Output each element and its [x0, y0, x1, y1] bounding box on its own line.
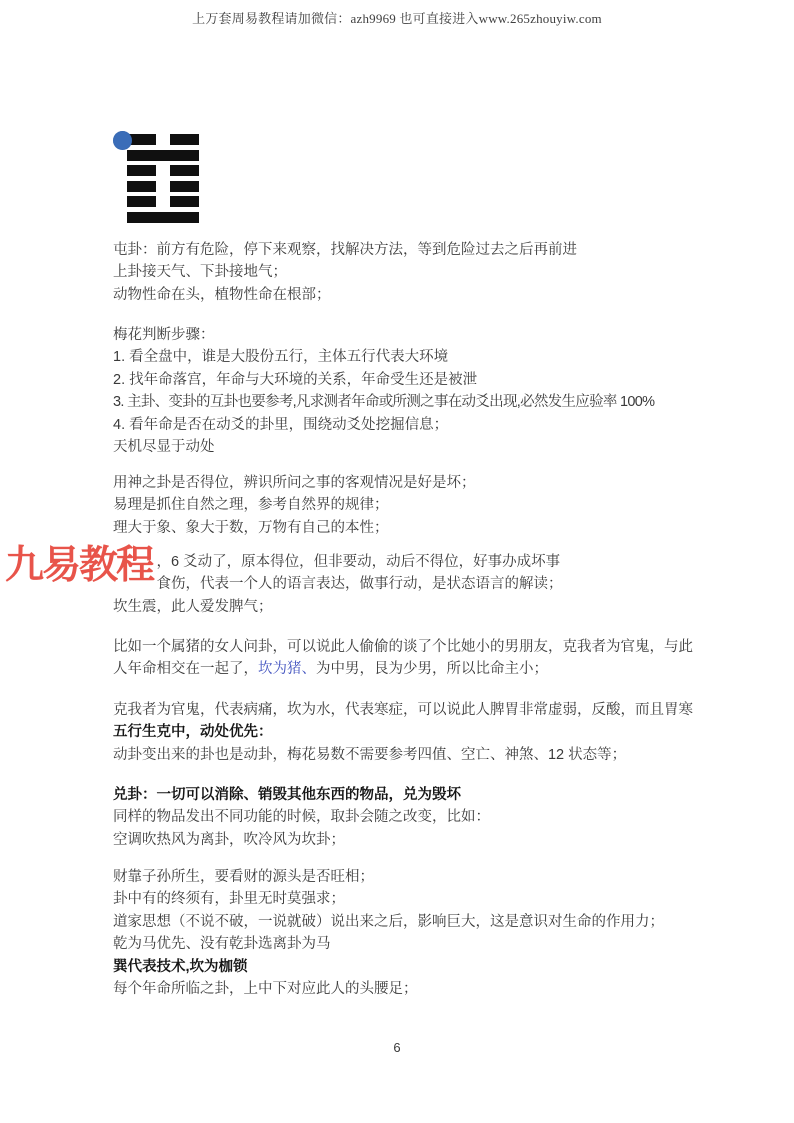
hexagram-yin-segment — [127, 165, 156, 176]
moving-line-marker-dot — [113, 131, 132, 150]
paragraph: 卦例中，6 爻动了，原本得位，但非要动，动后不得位，好事办成坏事子孙为食伤，代表… — [113, 551, 563, 618]
text-line: 克我者为官鬼，代表病痛，坎为水，代表寒症，可以说此人脾胃非常虚弱，反酸，而且胃寒 — [113, 699, 693, 721]
text-line: 理大于象、象大于数，万物有自己的本性； — [113, 517, 476, 539]
text-line: 乾为马优先、没有乾卦选离卦为马 — [113, 933, 664, 955]
hexagram-yin-segment — [127, 196, 156, 207]
text-line: 动卦变出来的卦也是动卦，梅花易数不需要参考四值、空亡、神煞、12 状态等； — [113, 744, 693, 766]
text-segment: 为中男，艮为少男，所以比命主小； — [316, 661, 548, 677]
text-line: 财靠子孙所生，要看财的源头是否旺相； — [113, 866, 664, 888]
text-line: 梅花判断步骤： — [113, 324, 654, 346]
text-line: 道家思想（不说不破，一说就破）说出来之后，影响巨大，这是意识对生命的作用力； — [113, 911, 664, 933]
paragraph: 克我者为官鬼，代表病痛，坎为水，代表寒症，可以说此人脾胃非常虚弱，反酸，而且胃寒… — [113, 699, 693, 766]
text-line: 1. 看全盘中，谁是大股份五行，主体五行代表大环境 — [113, 346, 654, 368]
hexagram-yin-segment — [127, 181, 156, 192]
text-line: 子孙为食伤，代表一个人的语言表达，做事行动，是状态语言的解读； — [113, 573, 563, 595]
text-line: 用神之卦是否得位，辨识所问之事的客观情况是好是坏； — [113, 472, 476, 494]
paragraph: 兑卦：一切可以消除、销毁其他东西的物品，兑为毁坏同样的物品发出不同功能的时候，取… — [113, 784, 490, 851]
hexagram-yin-segment — [170, 134, 199, 145]
paragraph: 用神之卦是否得位，辨识所问之事的客观情况是好是坏；易理是抓住自然之理，参考自然界… — [113, 472, 476, 539]
text-line: 动物性命在头，植物性命在根部； — [113, 284, 577, 306]
text-line: 天机尽显于动处 — [113, 436, 654, 458]
hexagram-yang-line — [127, 150, 199, 161]
hexagram-yin-line — [127, 165, 199, 176]
hexagram-yin-line — [127, 196, 199, 207]
hexagram — [127, 134, 199, 228]
hexagram-yang-line — [127, 212, 199, 223]
paragraph: 梅花判断步骤：1. 看全盘中，谁是大股份五行，主体五行代表大环境2. 找年命落宫… — [113, 324, 654, 458]
bold-text-line: 五行生克中，动处优先： — [113, 721, 693, 743]
text-line: 易理是抓住自然之理，参考自然界的规律； — [113, 494, 476, 516]
document-page: 上万套周易教程请加微信：azh9969 也可直接进入www.265zhouyiw… — [0, 0, 794, 1123]
text-line: 坎生震，此人爱发脾气； — [113, 596, 563, 618]
paragraph: 屯卦：前方有危险，停下来观察，找解决方法，等到危险过去之后再前进上卦接天气、下卦… — [113, 239, 577, 306]
watermark: 九易教程 — [0, 543, 156, 590]
text-line: 2. 找年命落宫，年命与大环境的关系，年命受生还是被泄 — [113, 369, 654, 391]
text-line: 4. 看年命是否在动爻的卦里，围绕动爻处挖掘信息； — [113, 414, 654, 436]
bold-text-line: 兑卦：一切可以消除、销毁其他东西的物品，兑为毁坏 — [113, 784, 490, 806]
page-number: 6 — [0, 1040, 794, 1055]
page-header-text: 上万套周易教程请加微信：azh9969 也可直接进入www.265zhouyiw… — [0, 8, 794, 27]
paragraph: 财靠子孙所生，要看财的源头是否旺相；卦中有的终须有，卦里无时莫强求；道家思想（不… — [113, 866, 664, 1000]
hexagram-yin-segment — [170, 196, 199, 207]
hexagram-yin-line — [127, 181, 199, 192]
paragraph: 比如一个属猪的女人问卦，可以说此人偷偷的谈了个比她小的男朋友，克我者为官鬼，与此… — [113, 636, 693, 681]
hexagram-yin-segment — [170, 165, 199, 176]
bold-text-line: 巽代表技术,坎为枷锁 — [113, 956, 664, 978]
text-line: 3. 主卦、变卦的互卦也要参考,凡求测者年命或所测之事在动爻出现,必然发生应验率… — [113, 391, 654, 413]
text-line: 人年命相交在一起了，坎为猪、为中男，艮为少男，所以比命主小； — [113, 658, 693, 680]
text-line: 屯卦：前方有危险，停下来观察，找解决方法，等到危险过去之后再前进 — [113, 239, 577, 261]
hexagram-yin-segment — [170, 181, 199, 192]
text-segment: 人年命相交在一起了， — [113, 661, 258, 677]
text-line: 卦例中，6 爻动了，原本得位，但非要动，动后不得位，好事办成坏事 — [113, 551, 563, 573]
text-line: 比如一个属猪的女人问卦，可以说此人偷偷的谈了个比她小的男朋友，克我者为官鬼，与此 — [113, 636, 693, 658]
kan-wei-zhu-link[interactable]: 坎为猪、 — [258, 661, 316, 677]
text-line: 同样的物品发出不同功能的时候，取卦会随之改变，比如： — [113, 806, 490, 828]
text-line: 空调吹热风为离卦，吹冷风为坎卦； — [113, 829, 490, 851]
hexagram-yin-line — [127, 134, 199, 145]
text-line: 每个年命所临之卦，上中下对应此人的头腰足； — [113, 978, 664, 1000]
text-line: 卦中有的终须有，卦里无时莫强求； — [113, 888, 664, 910]
text-line: 上卦接天气、下卦接地气； — [113, 261, 577, 283]
